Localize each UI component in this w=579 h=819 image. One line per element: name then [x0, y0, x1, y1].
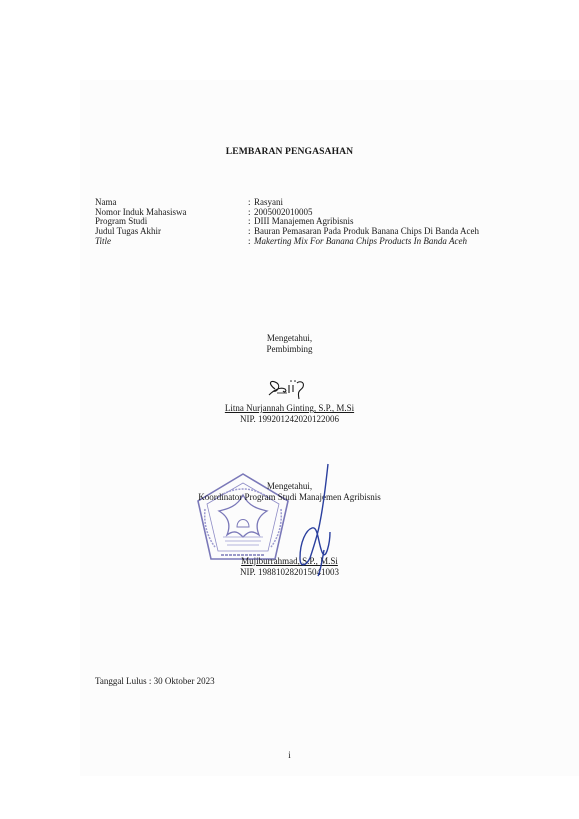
supervisor-block: Mengetahui, Pembimbing [0, 333, 579, 355]
page-number: i [0, 750, 579, 760]
supervisor-name: Litna Nurjannah Ginting, S.P., M.Si [0, 403, 579, 414]
coordinator-signatory: Mujiburrahmad, S.P., M.Si NIP. 198810282… [0, 556, 579, 578]
supervisor-heading-1: Mengetahui, [0, 333, 579, 344]
field-value: Makerting Mix For Banana Chips Products … [254, 237, 482, 247]
page-title: LEMBARAN PENGASAHAN [0, 146, 579, 157]
field-label: Title [95, 237, 248, 247]
coordinator-heading-1: Mengetahui, [0, 481, 579, 492]
supervisor-signature-icon [265, 377, 325, 401]
graduation-date: Tanggal Lulus : 30 Oktober 2023 [95, 676, 215, 686]
supervisor-heading-2: Pembimbing [0, 344, 579, 355]
scanned-page [80, 80, 579, 776]
supervisor-signatory: Litna Nurjannah Ginting, S.P., M.Si NIP.… [0, 403, 579, 425]
field-row-title: Title : Makerting Mix For Banana Chips P… [95, 237, 482, 247]
coordinator-nip: NIP. 198810282015041003 [0, 567, 579, 578]
supervisor-nip: NIP. 199201242020122006 [0, 414, 579, 425]
coordinator-heading-2: Koordinator Program Studi Manajemen Agri… [0, 492, 579, 503]
field-label: Judul Tugas Akhir [95, 227, 248, 237]
coordinator-block: Mengetahui, Koordinator Program Studi Ma… [0, 481, 579, 503]
field-row-judul: Judul Tugas Akhir : Bauran Pemasaran Pad… [95, 227, 482, 237]
coordinator-signature-icon [296, 462, 336, 577]
field-value: Bauran Pemasaran Pada Produk Banana Chip… [254, 227, 482, 237]
coordinator-name: Mujiburrahmad, S.P., M.Si [0, 556, 579, 567]
student-info-table: Nama : Rasyani Nomor Induk Mahasiswa : 2… [95, 198, 482, 247]
